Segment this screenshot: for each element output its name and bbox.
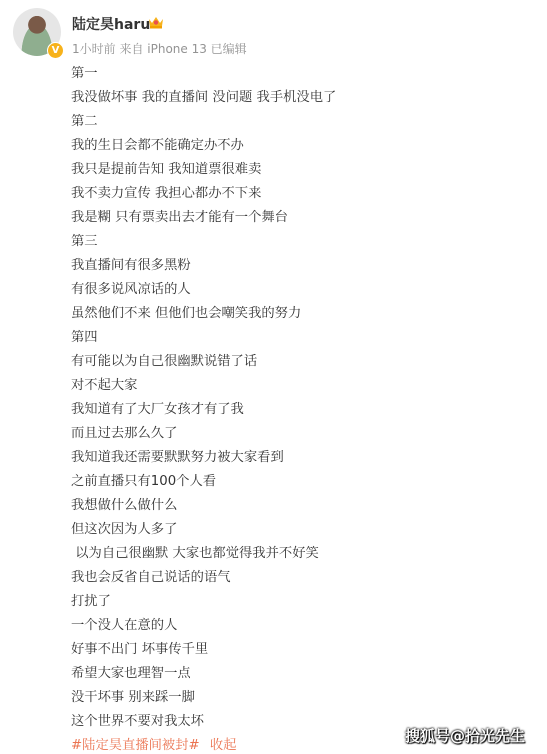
text-line: 我想做什么做什么: [71, 494, 531, 518]
text-line: 没干坏事 别来踩一脚: [71, 686, 531, 710]
text-line: 第三: [71, 230, 531, 254]
text-line: 好事不出门 坏事传千里: [71, 638, 531, 662]
text-line: 第四: [71, 326, 531, 350]
text-line: 而且过去那么久了: [71, 422, 531, 446]
text-line: 一个没人在意的人: [71, 614, 531, 638]
text-line: 打扰了: [71, 590, 531, 614]
text-line: 我的生日会都不能确定办不办: [71, 134, 531, 158]
verified-badge-icon: V: [47, 42, 64, 59]
text-line: 我只是提前告知 我知道票很难卖: [71, 158, 531, 182]
hashtag-link[interactable]: #陆定昊直播间被封#: [71, 738, 200, 753]
text-line: 我不卖力宣传 我担心都办不下来: [71, 182, 531, 206]
text-line: 但这次因为人多了: [71, 518, 531, 542]
text-line: 有很多说风凉话的人: [71, 278, 531, 302]
post-meta: 1小时前 来自 iPhone 13 已编辑: [72, 40, 247, 57]
text-line: 我也会反省自己说话的语气: [71, 566, 531, 590]
text-line: 我没做坏事 我的直播间 没问题 我手机没电了: [71, 86, 531, 110]
text-line: 我直播间有很多黑粉: [71, 254, 531, 278]
text-line: 我知道有了大厂女孩才有了我: [71, 398, 531, 422]
collapse-button[interactable]: 收起: [210, 738, 237, 753]
username[interactable]: 陆定昊haru: [72, 14, 150, 34]
text-line: 我是糊 只有票卖出去才能有一个舞台: [71, 206, 531, 230]
watermark: 搜狐号@拾光先生: [405, 725, 525, 746]
text-line: 我知道我还需要默默努力被大家看到: [71, 446, 531, 470]
text-line: 虽然他们不来 但他们也会嘲笑我的努力: [71, 302, 531, 326]
text-line: 第二: [71, 110, 531, 134]
text-line: 第一: [71, 62, 531, 86]
text-line: 有可能以为自己很幽默说错了话: [71, 350, 531, 374]
post-content: 第一 我没做坏事 我的直播间 没问题 我手机没电了 第二 我的生日会都不能确定办…: [71, 62, 531, 754]
crown-icon: [148, 15, 164, 29]
text-line: 希望大家也理智一点: [71, 662, 531, 686]
text-line: 之前直播只有100个人看: [71, 470, 531, 494]
text-line: 对不起大家: [71, 374, 531, 398]
text-line: 以为自己很幽默 大家也都觉得我并不好笑: [71, 542, 531, 566]
